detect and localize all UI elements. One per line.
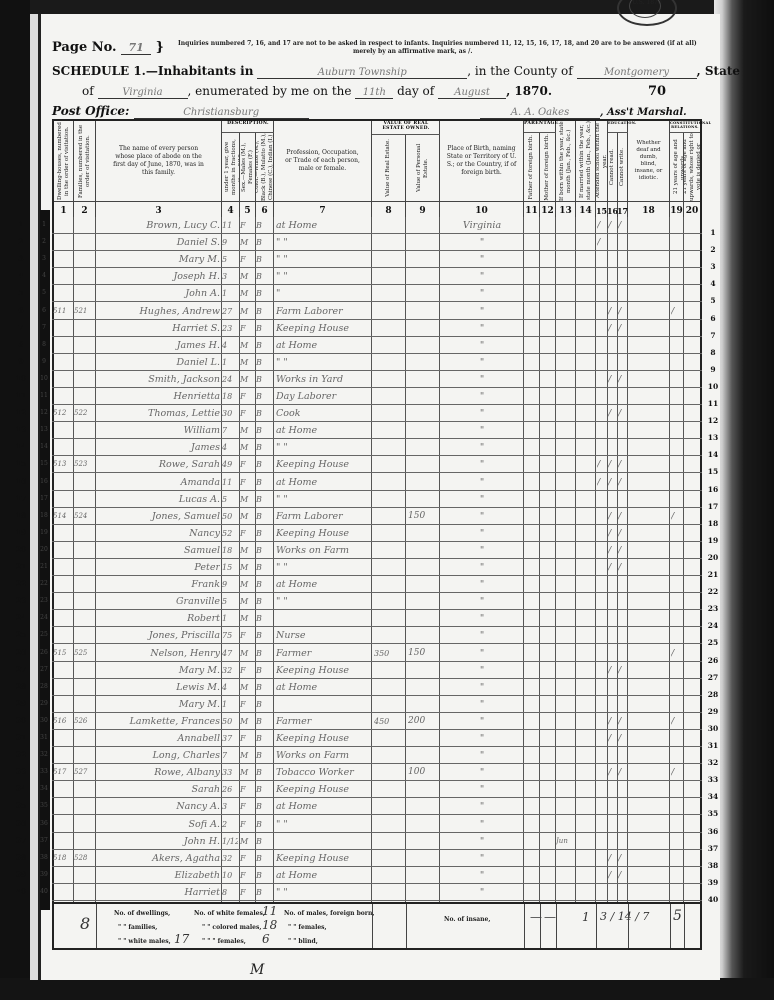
cell-birth: " — [442, 491, 522, 508]
col-13-header: If born within the year, state month (Ja… — [556, 121, 576, 201]
cell-real — [374, 867, 404, 884]
line-number-right: 17 — [704, 502, 722, 511]
constitutional-group-title: CONSTITUTIONAL RELATIONS. — [670, 121, 700, 133]
cell-real — [374, 251, 404, 268]
line-number-left: 37 — [12, 836, 30, 845]
cell-dwelling — [53, 627, 73, 644]
marshal-line: A. A. Oakes, Ass't Marshal. — [480, 104, 687, 119]
line-number-inner: 23 — [38, 597, 50, 604]
line-number-inner: 16 — [38, 478, 50, 485]
cell-c15 — [597, 268, 607, 285]
cell-sex: F — [240, 217, 254, 234]
cell-dwelling: 518 — [53, 850, 73, 867]
table-row: 512522Thomas, Lettie30FBCook"// — [52, 405, 702, 422]
line-number-left: 16 — [12, 477, 30, 486]
line-number-inner: 5 — [38, 289, 50, 296]
table-row: Frank9MBat Home" — [52, 576, 702, 593]
line-number-inner: 35 — [38, 802, 50, 809]
line-number-inner: 33 — [38, 768, 50, 775]
cell-real — [374, 850, 404, 867]
cell-dwelling — [53, 491, 73, 508]
cell-color: B — [256, 491, 272, 508]
line-number-inner: 39 — [38, 871, 50, 878]
cell-c17: / — [618, 850, 628, 867]
line-number-left: 14 — [12, 442, 30, 451]
cell-c17: / — [618, 662, 628, 679]
cell-personal — [408, 816, 438, 833]
cell-sex: M — [240, 559, 254, 576]
cell-personal — [408, 576, 438, 593]
cell-birth: " — [442, 320, 522, 337]
cell-birth: " — [442, 730, 522, 747]
cell-personal — [408, 251, 438, 268]
cell-birth: " — [442, 422, 522, 439]
cell-age: 5 — [222, 251, 238, 268]
col-7-label: Profession, Occupation, or Trade of each… — [284, 149, 361, 173]
cell-c19 — [671, 730, 683, 747]
footer-divider — [596, 904, 597, 948]
col-14-label: If married within the year, state month … — [579, 121, 593, 201]
notice-line-1: Inquiries numbered 7, 16, and 17 are not… — [178, 40, 697, 47]
footer-divider — [684, 904, 685, 948]
line-number-inner: 31 — [38, 734, 50, 741]
cell-dwelling — [53, 337, 73, 354]
cell-personal — [408, 474, 438, 491]
cell-family — [74, 747, 95, 764]
line-number-right: 12 — [704, 416, 722, 425]
line-number-left: 23 — [12, 596, 30, 605]
line-number-right: 25 — [704, 638, 722, 647]
table-row: Amanda11FBat Home"/// — [52, 474, 702, 491]
cell-occupation: " " — [276, 268, 370, 285]
cell-family — [74, 422, 95, 439]
post-office-line: Post Office: Christiansburg — [52, 104, 309, 119]
education-totals: 3 / 14 / 7 — [600, 910, 649, 923]
table-row: 513523Rowe, Sarah49FBKeeping House"/// — [52, 456, 702, 473]
cell-c15 — [597, 405, 607, 422]
cell-dwelling — [53, 884, 73, 901]
scan-border-right — [714, 0, 774, 1000]
cell-occupation: Keeping House — [276, 662, 370, 679]
line-number-left: 38 — [12, 853, 30, 862]
cell-name: Nancy — [96, 525, 220, 542]
cell-c13 — [556, 303, 574, 320]
cell-personal — [408, 542, 438, 559]
cell-c16 — [608, 816, 618, 833]
cell-real — [374, 764, 404, 781]
cell-birth: " — [442, 508, 522, 525]
cell-age: 4 — [222, 439, 238, 456]
cell-name: Nelson, Henry — [96, 645, 220, 662]
of-label: of — [82, 84, 94, 98]
cell-family — [74, 627, 95, 644]
cell-personal — [408, 422, 438, 439]
cell-occupation: Keeping House — [276, 456, 370, 473]
day-value: 11th — [355, 87, 393, 99]
table-row: 511521Hughes, Andrew27MBFarm Laborer"/// — [52, 303, 702, 320]
column-header-block: Dwelling-houses, numbered in the order o… — [52, 119, 702, 217]
month-value: August — [438, 87, 506, 99]
col-19-label: Male Citizens of U. S. of 21 years of ag… — [670, 133, 684, 201]
table-row: Joseph H.3MB" "" — [52, 268, 702, 285]
cell-dwelling — [53, 542, 73, 559]
line-number-inner: 7 — [38, 324, 50, 331]
line-number-right: 30 — [704, 724, 722, 733]
line-number-left: 4 — [12, 271, 30, 280]
cell-real — [374, 679, 404, 696]
cell-name: Jones, Samuel — [96, 508, 220, 525]
cell-personal — [408, 559, 438, 576]
cell-real: 450 — [374, 713, 404, 730]
cell-c19 — [671, 217, 683, 234]
cell-color: B — [256, 850, 272, 867]
cell-family — [74, 696, 95, 713]
cell-color: B — [256, 405, 272, 422]
cell-c13 — [556, 559, 574, 576]
cell-age: 47 — [222, 645, 238, 662]
line-number-inner: 6 — [38, 307, 50, 314]
footer-divider — [670, 904, 671, 948]
cell-real — [374, 439, 404, 456]
cell-c15: / — [597, 474, 607, 491]
year-label: , 1870. — [506, 84, 552, 98]
cell-real — [374, 662, 404, 679]
cell-name: Peter — [96, 559, 220, 576]
table-row: Nancy A.3FBat Home" — [52, 798, 702, 815]
cell-dwelling — [53, 816, 73, 833]
cell-c16 — [608, 268, 618, 285]
cell-c19 — [671, 867, 683, 884]
cell-occupation: Tobacco Worker — [276, 764, 370, 781]
cell-c16 — [608, 285, 618, 302]
cell-sex: F — [240, 730, 254, 747]
col-6-header: Color.—White (W.), Black (B.), Mulatto (… — [256, 133, 274, 201]
cell-real — [374, 285, 404, 302]
cell-name: Annabell — [96, 730, 220, 747]
table-row: 516526Lamkette, Frances50MBFarmer450200"… — [52, 713, 702, 730]
cell-color: B — [256, 337, 272, 354]
line-number-left: 8 — [12, 340, 30, 349]
cell-c16: / — [608, 474, 618, 491]
footer-divider — [556, 904, 557, 948]
cell-c19 — [671, 337, 683, 354]
cell-real — [374, 234, 404, 251]
line-number-inner: 30 — [38, 717, 50, 724]
cell-c17: / — [618, 303, 628, 320]
cell-occupation: Keeping House — [276, 850, 370, 867]
cell-c17: / — [618, 764, 628, 781]
cell-dwelling — [53, 268, 73, 285]
cell-c19 — [671, 679, 683, 696]
cell-personal — [408, 439, 438, 456]
cell-real — [374, 576, 404, 593]
cell-name: Lewis M. — [96, 679, 220, 696]
cell-occupation: Keeping House — [276, 525, 370, 542]
cell-real — [374, 542, 404, 559]
cell-age: 27 — [222, 303, 238, 320]
cell-birth: " — [442, 798, 522, 815]
description-group-title: DESCRIPTION. — [222, 121, 274, 133]
cell-personal — [408, 850, 438, 867]
cell-c17: / — [618, 456, 628, 473]
cell-c16 — [608, 610, 618, 627]
cell-age: 5 — [222, 593, 238, 610]
line-number-left: 22 — [12, 579, 30, 588]
cell-dwelling: 517 — [53, 764, 73, 781]
page-number: Page No. 71 } — [52, 40, 164, 55]
line-number-right: 24 — [704, 621, 722, 630]
cell-c16: / — [608, 525, 618, 542]
cell-sex: M — [240, 285, 254, 302]
cell-occupation: " " — [276, 559, 370, 576]
cell-c13 — [556, 645, 574, 662]
cell-occupation: Keeping House — [276, 781, 370, 798]
line-number-left: 7 — [12, 323, 30, 332]
cell-occupation: " " — [276, 354, 370, 371]
line-number-left: 39 — [12, 870, 30, 879]
cell-c19 — [671, 747, 683, 764]
cell-c13 — [556, 662, 574, 679]
cell-occupation: " " — [276, 816, 370, 833]
cell-family — [74, 559, 95, 576]
cell-sex: F — [240, 850, 254, 867]
cell-personal — [408, 217, 438, 234]
line-number-right: 3 — [704, 262, 722, 271]
cell-c15 — [597, 610, 607, 627]
line-number-right: 7 — [704, 331, 722, 340]
cell-c15 — [597, 491, 607, 508]
cell-dwelling: 511 — [53, 303, 73, 320]
cell-occupation: " " — [276, 234, 370, 251]
cell-age: 18 — [222, 388, 238, 405]
cell-sex: M — [240, 713, 254, 730]
footer-divider — [96, 904, 97, 948]
cell-personal — [408, 268, 438, 285]
col-10-label: Place of Birth, naming State or Territor… — [446, 145, 517, 177]
cell-occupation: Farmer — [276, 713, 370, 730]
cell-dwelling — [53, 234, 73, 251]
cell-sex: M — [240, 679, 254, 696]
cell-name: Mary M. — [96, 662, 220, 679]
cell-occupation: " — [276, 285, 370, 302]
cell-c16 — [608, 798, 618, 815]
cell-age: 4 — [222, 337, 238, 354]
cell-family — [74, 610, 95, 627]
cell-c16 — [608, 833, 618, 850]
cell-color: B — [256, 542, 272, 559]
cell-sex: M — [240, 764, 254, 781]
cell-personal — [408, 781, 438, 798]
line-number-inner: 37 — [38, 837, 50, 844]
cell-sex: F — [240, 251, 254, 268]
cell-occupation: Works on Farm — [276, 542, 370, 559]
cell-dwelling — [53, 320, 73, 337]
cell-c15: / — [597, 234, 607, 251]
cell-family: 521 — [74, 303, 95, 320]
col-3-header: The name of every person whose place of … — [96, 121, 222, 201]
line-number-left: 31 — [12, 733, 30, 742]
enumeration-line: of Virginia, enumerated by me on the 11t… — [82, 84, 552, 99]
line-number-right: 36 — [704, 827, 722, 836]
cell-c19 — [671, 268, 683, 285]
white-males-label: " " white males, — [118, 938, 171, 945]
cell-c19 — [671, 285, 683, 302]
cell-birth: Virginia — [442, 217, 522, 234]
col-9-header: Value of Personal Estate. — [406, 135, 440, 201]
col-20-label: Male Citizens of U. S. of 21 years of ag… — [684, 133, 700, 201]
line-number-left: 25 — [12, 630, 30, 639]
line-number-inner: 22 — [38, 580, 50, 587]
cell-sex: M — [240, 610, 254, 627]
line-number-right: 16 — [704, 485, 722, 494]
cell-color: B — [256, 645, 272, 662]
cell-c19 — [671, 833, 683, 850]
cell-real — [374, 610, 404, 627]
cell-c13 — [556, 456, 574, 473]
cell-c19 — [671, 439, 683, 456]
line-number-right: 18 — [704, 519, 722, 528]
cell-c13 — [556, 610, 574, 627]
cell-family — [74, 251, 95, 268]
line-number-left: 33 — [12, 767, 30, 776]
cell-personal — [408, 371, 438, 388]
cell-color: B — [256, 439, 272, 456]
cell-color: B — [256, 268, 272, 285]
cell-age: 32 — [222, 662, 238, 679]
line-number-right: 11 — [704, 399, 722, 408]
cell-age: 10 — [222, 867, 238, 884]
cell-name: Harriet — [96, 884, 220, 901]
footer-divider — [628, 904, 629, 948]
cell-name: Sofi A. — [96, 816, 220, 833]
cell-real: 350 — [374, 645, 404, 662]
estate-group-title: VALUE OF REAL ESTATE OWNED. — [372, 121, 440, 135]
cell-birth: " — [442, 645, 522, 662]
footer-divider — [540, 904, 541, 948]
cell-sex: M — [240, 593, 254, 610]
cell-c17 — [618, 439, 628, 456]
no-families-label: " " families, — [118, 924, 157, 931]
cell-c16: / — [608, 405, 618, 422]
cell-age: 24 — [222, 371, 238, 388]
cell-c19 — [671, 593, 683, 610]
cell-age: 7 — [222, 422, 238, 439]
cell-c17 — [618, 491, 628, 508]
county-value: Montgomery — [577, 67, 697, 79]
cell-dwelling — [53, 525, 73, 542]
notice-line-2: merely by an affirmative mark, as /. — [353, 48, 472, 55]
cell-c17: / — [618, 474, 628, 491]
cell-occupation: at Home — [276, 798, 370, 815]
cell-sex: F — [240, 474, 254, 491]
cell-c13 — [556, 764, 574, 781]
cell-occupation: Keeping House — [276, 730, 370, 747]
cell-c16: / — [608, 867, 618, 884]
cell-c15 — [597, 816, 607, 833]
cell-personal — [408, 354, 438, 371]
cell-c13 — [556, 781, 574, 798]
cell-occupation: at Home — [276, 422, 370, 439]
page-no-value: 71 — [121, 41, 151, 55]
cell-occupation: " " — [276, 439, 370, 456]
cell-real — [374, 593, 404, 610]
table-row: James H.4MBat Home" — [52, 337, 702, 354]
line-number-inner: 25 — [38, 631, 50, 638]
cell-birth: " — [442, 303, 522, 320]
cell-personal: 150 — [408, 508, 438, 525]
cell-real — [374, 405, 404, 422]
cell-c13 — [556, 867, 574, 884]
cell-sex: M — [240, 491, 254, 508]
line-number-right: 26 — [704, 656, 722, 665]
cell-birth: " — [442, 474, 522, 491]
cell-c15 — [597, 422, 607, 439]
cell-c13 — [556, 730, 574, 747]
line-number-right: 20 — [704, 553, 722, 562]
cell-c13 — [556, 713, 574, 730]
cell-c17 — [618, 798, 628, 815]
cell-age: 52 — [222, 525, 238, 542]
cell-color: B — [256, 576, 272, 593]
cell-age: 32 — [222, 850, 238, 867]
col-2-label: Families, numbered in the order of visit… — [78, 121, 92, 201]
table-row: John A.1MB"" — [52, 285, 702, 302]
cell-color: B — [256, 525, 272, 542]
cell-c16 — [608, 696, 618, 713]
cell-c16: / — [608, 320, 618, 337]
cell-dwelling — [53, 371, 73, 388]
cell-sex: F — [240, 320, 254, 337]
cell-sex: F — [240, 696, 254, 713]
cell-color: B — [256, 662, 272, 679]
col-11-header: Father of foreign birth. — [524, 133, 540, 201]
line-number-left: 2 — [12, 237, 30, 246]
cell-c15 — [597, 798, 607, 815]
cell-c13 — [556, 491, 574, 508]
cell-real — [374, 525, 404, 542]
state-value: Virginia — [98, 87, 188, 99]
cell-family: 522 — [74, 405, 95, 422]
cell-c17: / — [618, 559, 628, 576]
line-number-right: 38 — [704, 861, 722, 870]
cell-birth: " — [442, 610, 522, 627]
cell-c13 — [556, 850, 574, 867]
cell-c16: / — [608, 764, 618, 781]
cell-name: James H. — [96, 337, 220, 354]
cell-age: 33 — [222, 764, 238, 781]
cell-birth: " — [442, 627, 522, 644]
cell-name: Smith, Jackson — [96, 371, 220, 388]
cell-family: 524 — [74, 508, 95, 525]
cell-c16: / — [608, 850, 618, 867]
cell-color: B — [256, 217, 272, 234]
table-row: Henrietta18FBDay Laborer" — [52, 388, 702, 405]
cell-c13 — [556, 576, 574, 593]
cell-name: Rowe, Albany — [96, 764, 220, 781]
enumerated-label: , enumerated by me on the — [188, 84, 352, 98]
cell-c17 — [618, 696, 628, 713]
line-number-left: 10 — [12, 374, 30, 383]
cell-age: 23 — [222, 320, 238, 337]
line-number-right: 29 — [704, 707, 722, 716]
line-number-right: 23 — [704, 604, 722, 613]
cell-occupation: at Home — [276, 337, 370, 354]
cell-occupation: Cook — [276, 405, 370, 422]
cell-color: B — [256, 320, 272, 337]
cell-c13: Jun — [556, 833, 574, 850]
cell-c15 — [597, 679, 607, 696]
cell-c17 — [618, 645, 628, 662]
